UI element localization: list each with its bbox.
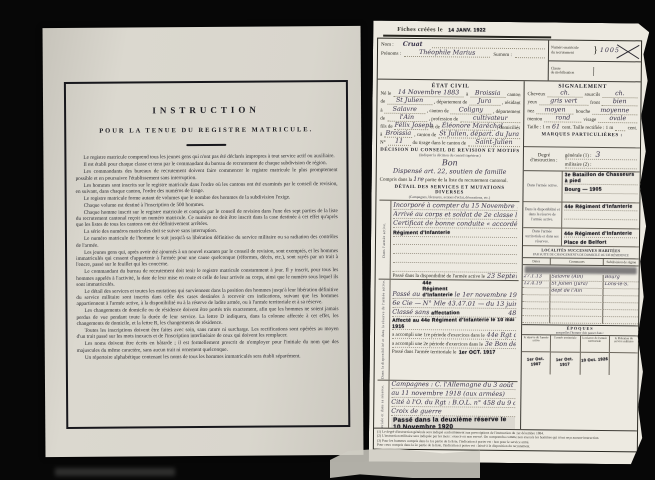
side-label-active: Dans l'armée active. — [379, 201, 392, 279]
torn-paper-fragment — [330, 448, 480, 478]
column-services: ÉTAT CIVIL Né le 14 Novembre 1883 à Broi… — [374, 80, 524, 429]
instruction-paragraph: Les changements de domicile ou de réside… — [76, 306, 338, 327]
taille-row: Taille : 1 m 61 cent. Taille rectifiée :… — [527, 122, 637, 131]
decision-value: Bon — [380, 158, 520, 168]
epoques-col: la réserve de l'armée territoriale 10 Oc… — [580, 335, 610, 374]
localites-col-header: Communes — [551, 258, 604, 265]
decision-motif: Dispensé art. 22, soutien de famille — [380, 168, 520, 176]
instruction-paragraph: Les commandants des bureaux de recruteme… — [75, 167, 337, 182]
nom-label: Nom : — [381, 43, 394, 48]
service-line: Passé au 44e Régiment d'Infanterie le 1e… — [392, 280, 516, 300]
surnom-label: Surnom : — [493, 53, 512, 58]
service-line: Passé dans la disponibilité de l'armée a… — [393, 271, 517, 280]
ruled-line — [564, 220, 637, 229]
stamp-smudge — [525, 266, 637, 274]
created-date-stamp: 14 JANV. 1922 — [448, 27, 486, 33]
corps-territorial: Dans l'armée territoriale et dans ses ré… — [523, 228, 639, 247]
classe-label: Classe de mobilisation — [551, 66, 591, 76]
matricule-cell: Numéro matricule du recrutement } 1005 — [549, 40, 641, 60]
prenoms-label: Prénoms : — [381, 52, 401, 57]
service-block-active: Dans l'armée active. Incorporé à compter… — [379, 200, 520, 281]
instruction-paragraph: Le numéro matricule de l'homme le suit j… — [76, 234, 338, 249]
localites-row — [522, 316, 638, 324]
instruction-paragraph: Les noms doivent être écrits en bâtarde … — [77, 339, 339, 354]
identity-header: Nom : Cruat Prénoms : Théophile Marius S… — [378, 39, 641, 83]
epoques-grid: la réserve de l'armée active 1er Oct. 19… — [522, 335, 638, 375]
localites-col-header: Dates — [523, 258, 551, 264]
epoques-col: la réserve de l'armée active 1er Oct. 19… — [522, 335, 552, 374]
etat-civil-line: N° 11 du tirage dans le canton de Saint-… — [380, 138, 520, 148]
matricule-card: Nom : Cruat Prénoms : Théophile Marius S… — [373, 38, 642, 453]
degre-militaire: militaire (2) : — [565, 160, 637, 170]
localites-col-header: Subdivision de région — [604, 259, 639, 265]
epoques-col: la libération du service militaire — [609, 336, 638, 375]
created-label: Fiches créées le — [397, 26, 443, 32]
form-main: ÉTAT CIVIL Né le 14 Novembre 1883 à Broi… — [374, 80, 641, 431]
instruction-paragraph: Un répertoire alphabétique contenant les… — [77, 353, 339, 361]
column-signalement: SIGNALEMENT Cheveux ch. sourcils ch. yeu… — [520, 81, 641, 430]
prenoms-value: Théophile Marius — [404, 49, 490, 58]
corps-entry: Place de Belfort — [564, 237, 637, 246]
service-line-stamp: Passé dans la deuxième réserve le 10 Nov… — [391, 416, 515, 429]
corps-active: Dans l'armée active. 3e Bataillon de Cha… — [523, 171, 639, 203]
ruled-line — [564, 193, 637, 202]
corps-reserve: Dans la disponibilité et dans la réserve… — [523, 202, 639, 230]
classe-cell: Classe de mobilisation | — [549, 60, 641, 81]
degre-instruction: Degré d'instruction : générale (1) : 3 m… — [524, 146, 640, 172]
instruction-title: INSTRUCTION — [75, 104, 337, 116]
service-block-reserve: Dans la disponibilité et dans la réserve… — [378, 279, 519, 381]
service-line: Affecté au 44e Régiment d'Infanterie le … — [392, 317, 516, 331]
signalement-section: SIGNALEMENT Cheveux ch. sourcils ch. yeu… — [524, 83, 641, 147]
localites-header: DatesCommunesSubdivision de région — [523, 257, 639, 266]
instruction-paragraph: Les hommes sont inscrits sur le registre… — [76, 181, 338, 196]
instruction-paragraph: Le détail des services et toutes les mut… — [76, 287, 338, 308]
creation-date-slip: Fiches créées le 14 JANV. 1922 — [383, 24, 551, 39]
etat-civil-lines: Né le 14 Novembre 1883 à Broissia canton… — [380, 89, 521, 148]
instruction-paragraph: Le commandant du bureau de recrutement d… — [76, 267, 338, 288]
service-block-territorial: Dans l'armée territoriale et dans sa rés… — [377, 379, 518, 429]
instruction-paragraph: Les jeunes gens qui, après avoir été ajo… — [76, 248, 338, 269]
identity-names: Nom : Cruat Prénoms : Théophile Marius S… — [378, 39, 548, 81]
scan-streak — [55, 468, 175, 476]
service-line: Passé dans l'armée territoriale le 1er O… — [392, 347, 516, 356]
signalement-rows: Cheveux ch. sourcils ch. yeux gris vert … — [527, 89, 637, 123]
decision-compris: Compris dans la 1re partie de la liste d… — [380, 176, 520, 184]
instruction-subtitle: POUR LA TENUE DU REGISTRE MATRICULE. — [75, 126, 337, 135]
corps-entry: 3e Bataillon de Chasseurs à pied — [565, 172, 638, 186]
instruction-paragraph: Chaque homme inscrit sur le registre mat… — [76, 208, 338, 229]
localites-table: LOCALITÉS SUCCESSIVES HABITÉES PAR SUITE… — [522, 247, 639, 324]
instruction-paragraphs: Le registre matricule comprend tous les … — [75, 153, 338, 360]
nom-value: Cruat — [397, 41, 429, 48]
brace-glyph: } — [593, 45, 598, 56]
epoques-table: ÉPOQUES auxquelles l'homme doit passer d… — [522, 324, 639, 375]
side-label-territorial: Dans l'armée territoriale et dans sa rés… — [377, 380, 390, 429]
right-page: Fiches créées le 14 JANV. 1922 Nom : Cru… — [369, 21, 650, 465]
footnotes: (1) Le degré d'instruction générale sera… — [374, 427, 637, 451]
degre-label: Degré d'instruction : — [527, 154, 561, 164]
surnom-value — [515, 57, 545, 58]
side-label-reserve: Dans la disponibilité et dans la réserve… — [378, 280, 391, 379]
matricule-box: Numéro matricule du recrutement } 1005 C… — [548, 40, 641, 81]
cross-mark — [617, 44, 639, 60]
matricule-label: Numéro matricule du recrutement — [551, 45, 591, 55]
instruction-box: INSTRUCTION POUR LA TENUE DU REGISTRE MA… — [64, 80, 350, 429]
left-page: INSTRUCTION POUR LA TENUE DU REGISTRE MA… — [43, 26, 364, 457]
localites-rows: 27.1.13 Salavre (Ain) Bourg 12.4.19 St J… — [522, 274, 639, 324]
title-divider — [186, 144, 226, 147]
epoques-col: l'armée territoriale 1er Oct. 1917 — [551, 335, 581, 374]
brace-glyph: | — [593, 66, 595, 77]
